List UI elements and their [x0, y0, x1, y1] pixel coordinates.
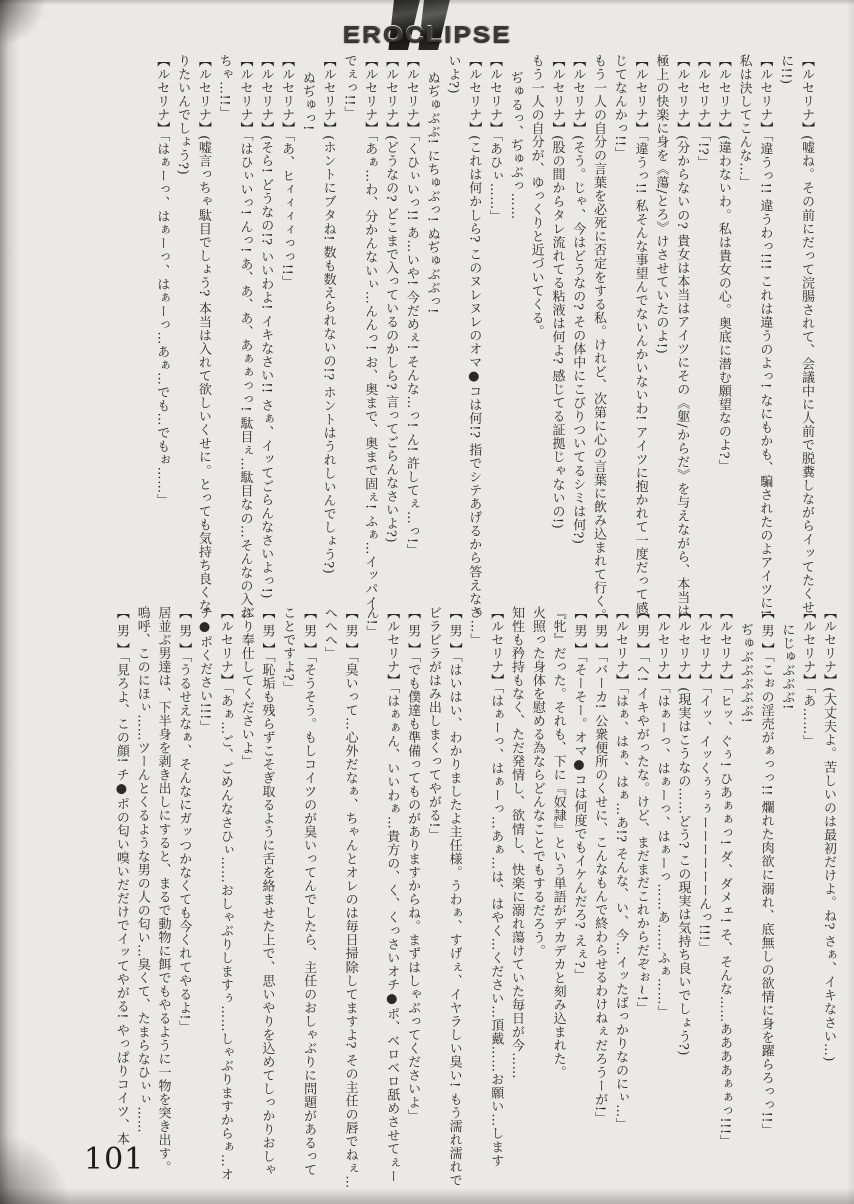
sfx-line: ぬぢゅぶぶ! にちゅぶっ! ぬぢゅぶぶっ! [421, 54, 442, 622]
text-line: 【ルセリナ】「はぁーっ、はぁーっ、はぁーっ…あぁ…でも…でもぉ……」 [151, 54, 172, 622]
sfx-line: にじゅぶぶぶ! [776, 606, 797, 1190]
text-line: 【 男 】「臭いって…心外だなぁ、ちゃんとオレのは毎日掃除してますよ? その主任… [318, 606, 360, 1190]
text-line: 【 男 】「そうそう。もしコイツのが臭いってんでしたら、主任のおしゃぶりに問題が… [276, 606, 318, 1190]
text-line: 【 男 】「でも僕達も準備ってものがありますからね。まずはしゃぶってくださいよ」 [401, 606, 422, 1190]
eroclipse-logo: EROCLIPSE [309, 0, 545, 50]
text-line: 嗚呼、このにほぃ……ツーんとくるような男の人の匂い…臭くて、たまらなひぃぃ…… [131, 606, 152, 1190]
text-line: 【ルセリナ】(現実はこうなの……どう? この現実は気持ち良いでしょう?) [672, 606, 693, 1190]
text-line: 【ルセリナ】「あひぃ……」 [483, 54, 504, 622]
text-line: 火照った身体を慰める為ならどんなことでもするだろう。 [526, 606, 547, 1190]
text-line: 【 男 】「へ! イキやがったな。けど、まだまだこれからだぞぉ~!」 [630, 606, 651, 1190]
text-line: 【ルセリナ】「はぁーっ、はぁーっ…あぁ…は、はやく…ください…頂戴……お願い…し… [464, 606, 506, 1190]
text-line: 【 男 】「見ろよ、この顔! チ●ポの匂い嗅いだだけでイッてやがる! やっぱりコ… [110, 606, 131, 1190]
text-line: 【 男 】「バーカ! 公衆便所のくせに、こんなもんで終わらせるわけねぇだろうーが… [588, 606, 609, 1190]
page-number: 101 [84, 1142, 144, 1177]
logo-title: EROCLIPSE [309, 23, 545, 46]
text-line: 【 男 】「はいはい、わかりましたよ主任様。うわぁ、すげぇ、イヤラしい臭い! も… [422, 606, 464, 1190]
text-line: 【 男 】「恥垢も残らずこそぎ取るように舌を絡ませた上で、思いやりを込めてしっか… [235, 606, 277, 1190]
text-line: 【ルセリナ】(どうなの? どこまで入っているのかしら? 言ってごらんなさいよ?) [379, 54, 400, 622]
text-line: 【ルセリナ】(そら! どうなの!? いいわよ! イキなさい!! さぁ、イッてごら… [254, 54, 275, 622]
text-line: 【ルセリナ】(嘘言っちゃ駄目でしょう? 本当は入れて欲しいくせに。とっても気持ち… [171, 54, 213, 622]
text-line: 【ルセリナ】(違わないわ。私は貴女の心。奥底に潜む願望なのよ?」 [712, 54, 733, 622]
text-line: 【ルセリナ】「くひぃいっ!! あ…いや! 今だめぇ! そんな…っ! ん! 許して… [400, 54, 421, 622]
text-line: 【ルセリナ】(ホントにブタね! 数も数えられないの!? ホントはうれしいんでしょ… [317, 54, 338, 622]
text-line: 【ルセリナ】「違うっ!! 違うわっ!!! これは違うのよっ! なにもかも、騙され… [733, 54, 775, 622]
text-line: 【ルセリナ】(嘘ね。その前にだって浣腸されて、会議中に人前で脱糞しながらイッてた… [774, 54, 816, 622]
scanned-book-page: EROCLIPSE 【ルセリナ】(嘘ね。その前にだって浣腸されて、会議中に人前で… [0, 0, 854, 1204]
text-line: 【ルセリナ】(股の間からタレ流れてる粘液は何よ? 感じてる証拠じゃないの!) [546, 54, 567, 622]
text-line: 【ルセリナ】「はひぃいっ! んっ! あ、あ、あ、あぁぁっっ! 駄目ぇ…駄目なの…… [213, 54, 255, 622]
text-line: 【ルセリナ】「はぁーっ、はぁーっ、はぁーっ……あ……ふぁ……」 [651, 606, 672, 1190]
text-line: もう一人の自分の言葉を必死に否定をする私。けれど、次第に心の言葉に飲み込まれて行… [587, 54, 608, 622]
sfx-line: ぢゅぶぶぶぶぶ! [734, 606, 755, 1190]
text-line: 【ルセリナ】「あ……」 [796, 606, 817, 1190]
text-line: 【ルセリナ】(大丈夫よ。苦しいのは最初だけよ。ね? さぁ、イキなさい…) [817, 606, 838, 1190]
text-line: 居並ぶ男達は、下半身を剥き出しにすると、まるで動物に餌でもやるように一物を突き出… [152, 606, 173, 1190]
text-line: 【 男 】「こぉの淫売がぁっっ!! 爛れた肉欲に溺れ、底無しの欲情に身を躍らろっ… [755, 606, 776, 1190]
text-line: もう一人の自分が、ゆっくりと近づいてくる。 [525, 54, 546, 622]
sfx-line: ぬぢゅっ! [296, 54, 317, 622]
text-line: 【ルセリナ】(分からないの? 貴女は本当はアイツにその《躯/からだ》を与えながら… [650, 54, 692, 622]
text-line: 【ルセリナ】「!?」 [691, 54, 712, 622]
text-line: 【ルセリナ】「あぁ…わ、分かんないぃ…んんっ! お、奥まで、奥まで固ぇ! ふぁ…… [338, 54, 380, 622]
text-line: 【ルセリナ】「イッ、イッくぅぅぅーーーーーーんっ!!!」 [692, 606, 713, 1190]
text-line: 【ルセリナ】「違うっ!! 私そんな事望んでないんかいないわ! アイツに抱かれて一… [608, 54, 650, 622]
text-line: 【ルセリナ】「はぁぁん、いいわぁ…貴方の、く、くっさいオチ●ポ、ベロベロ舐めさせ… [360, 606, 402, 1190]
text-line: 【 男 】「うるせえなぁ、そんなにガッつかなくても今くれてやるよ!」 [173, 606, 194, 1190]
bottom-text-block: 【ルセリナ】(大丈夫よ。苦しいのは最初だけよ。ね? さぁ、イキなさい…) 【ルセ… [60, 606, 838, 1190]
text-line: 【 男 】「そーそー。オマ●コは何度でもイケんだろ? えぇ?」 [568, 606, 589, 1190]
text-line: 【ルセリナ】(これは何かしら? このヌレヌレのオマ●コは何!? 指でシテあげるか… [442, 54, 484, 622]
text-line: 『牝』だった。それも、下に『奴隷』という単語がデカデカと刻み込まれた。 [547, 606, 568, 1190]
text-line: 【ルセリナ】「ヒッ、ぐぅ! ひあぁぁっ! ダ、ダメェ! そ、そんな……ああああぁ… [713, 606, 734, 1190]
text-line: 【ルセリナ】(そう。じゃ、今はどうなの? その体中にこびりついてるシミは何?) [566, 54, 587, 622]
text-line: 【ルセリナ】「あぁ…ご、ごめんなさひぃ……おしゃぶりしますぅ……しゃぶりますから… [193, 606, 235, 1190]
top-text-block: 【ルセリナ】(嘘ね。その前にだって浣腸されて、会議中に人前で脱糞しながらイッてた… [74, 54, 816, 622]
sfx-line: ぢゅるっ、ぢゅぶっ…… [504, 54, 525, 622]
text-line: 【ルセリナ】「あ、ヒィィィィっっ!!」 [275, 54, 296, 622]
text-line: 【ルセリナ】「はぁ、はぁ、はぁ…あ!? そんな、い、今…イッたばっかりなのにぃ…… [609, 606, 630, 1190]
text-line: 知性も矜持もなく、ただ発情し、欲情し、快楽に溺れ蕩けていた毎日が今…… [505, 606, 526, 1190]
